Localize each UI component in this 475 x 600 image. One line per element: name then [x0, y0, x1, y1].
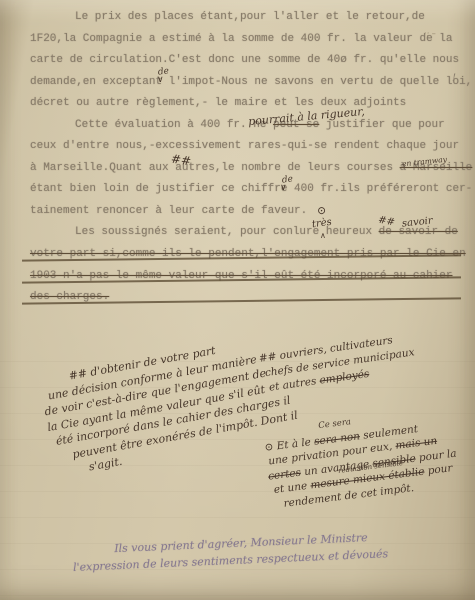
text-line: 1F20,la Compagnie a estimé à la somme de…: [30, 33, 475, 55]
text-line: Les soussignés seraient, pour conlure he…: [75, 226, 475, 248]
text-line: étant bien loin de justifier ce chiffre …: [30, 183, 475, 205]
struck-text-run: 1903 n'a pas le même valeur que s'il eût…: [30, 270, 452, 282]
text-run: à Marseille.Quant aux autres,le nombre d…: [30, 162, 400, 174]
text-line: votre part si,comme ils le pendent,l'eng…: [30, 248, 475, 270]
text-run: justifier que pour: [319, 119, 444, 131]
text-line: 1903 n'a pas le même valeur que s'il eût…: [30, 270, 475, 292]
text-run: ceux d'entre nous,-excessivement rares-q…: [30, 140, 459, 152]
text-run: carte de circulation.C'est donc une somm…: [30, 54, 459, 66]
caret-mark: ∨: [280, 184, 287, 193]
text-run: tainement renoncer à leur carte de faveu…: [30, 205, 307, 217]
pencil-margin-marks: ·: –: [424, 30, 436, 38]
reference-mark-autres: ##: [170, 153, 192, 168]
caret-mark: ∨: [157, 76, 164, 85]
text-line: des charges.: [30, 291, 475, 313]
struck-text-run: votre part si,comme ils le pendent,l'eng…: [30, 248, 466, 260]
text-run: pour: [424, 462, 453, 477]
text-run: Cette évaluation à 400 fr. ne: [75, 119, 273, 131]
text-run: demande,en exceptant l'impot-Nous ne sav…: [30, 76, 472, 88]
text-line: demande,en exceptant l'impot-Nous ne sav…: [30, 76, 475, 98]
text-line: carte de circulation.C'est donc une somm…: [30, 54, 475, 76]
text-run: Les soussignés seraient, pour conlure he…: [75, 226, 379, 238]
struck-text-run: de savoir de: [379, 226, 458, 238]
text-run: Le prix des places étant,pour l'aller et…: [75, 11, 425, 23]
text-run: Ce sera: [318, 417, 352, 431]
text-line: Le prix des places étant,pour l'aller et…: [75, 11, 475, 33]
document-scan: Le prix des places étant,pour l'aller et…: [0, 0, 475, 600]
text-run: s'agit.: [88, 455, 123, 474]
text-run: 1F20,la Compagnie a estimé à la somme de…: [30, 33, 452, 45]
caret-mark: ∧: [320, 232, 326, 240]
handwritten-closing-formula: Ils vous prient d'agréer, Monsieur le Mi…: [72, 529, 389, 576]
struck-text-run: des charges.: [30, 291, 109, 303]
text-run: étant bien loin de justifier ce chiffre …: [30, 183, 472, 195]
margin-exclamation: !: [452, 74, 456, 84]
